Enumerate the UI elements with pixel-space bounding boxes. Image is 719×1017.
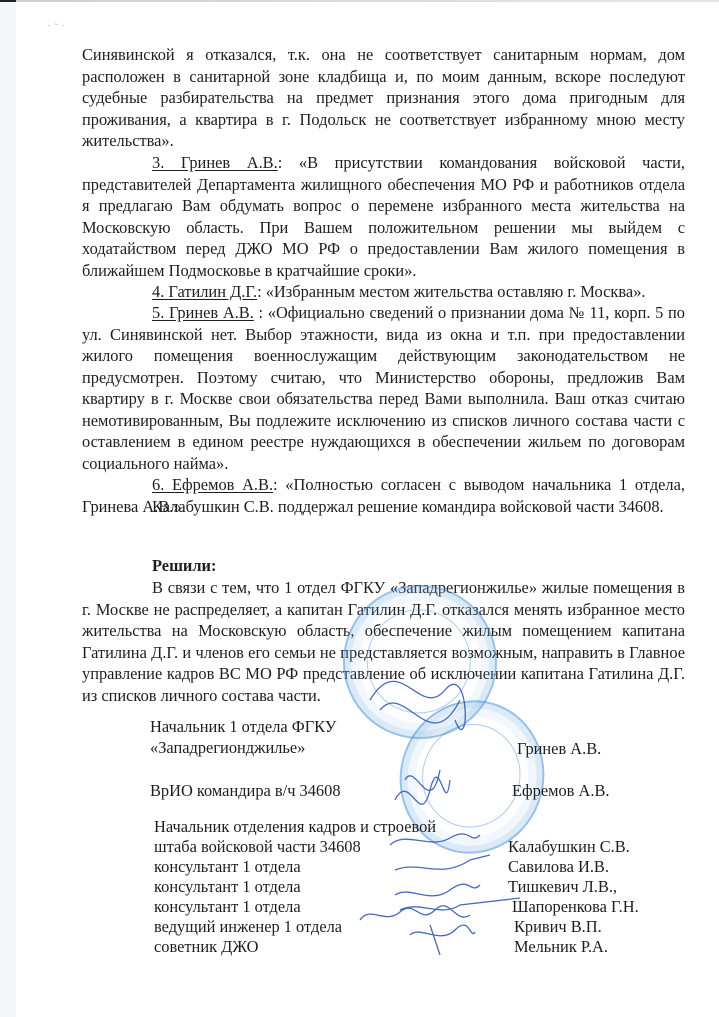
signatory-position-line2: «Западрегионджилье» [150, 737, 305, 759]
signatory-name: Шапоренкова Г.Н. [512, 896, 639, 918]
signatory-name: Тишкевич Л.В., [508, 876, 617, 898]
signatory-position-line2: штаба войсковой части 34608 [154, 836, 361, 858]
signatory-position: консультант 1 отдела [154, 876, 301, 898]
signature-row-shaporenkova: консультант 1 отдела Шапоренкова Г.Н. [154, 896, 674, 918]
signatory-position: консультант 1 отдела [154, 856, 301, 878]
signature-row-efremov: ВрИО командира в/ч 34608 Ефремов А.В. [150, 780, 670, 802]
signature-row-krivich: ведущий инженер 1 отдела Кривич В.П. [154, 916, 674, 938]
signatory-name: Калабушкин С.В. [508, 836, 630, 858]
signatory-name: Мельник Р.А. [514, 936, 608, 958]
signatory-position: ведущий инженер 1 отдела [154, 916, 342, 938]
signatory-position: Начальник отделения кадров и строевой [154, 816, 436, 838]
signatory-position: консультант 1 отдела [154, 896, 301, 918]
signatory-name: Гринев А.В. [517, 738, 601, 760]
signatory-name: Савилова И.В. [508, 856, 609, 878]
signature-row-savilova: консультант 1 отдела Савилова И.В. [154, 856, 674, 878]
signature-row-melnik: советник ДЖО Мельник Р.А. [154, 936, 674, 958]
signatory-position: советник ДЖО [154, 936, 258, 958]
signatory-position: ВрИО командира в/ч 34608 [150, 780, 341, 802]
signatory-position: Начальник 1 отдела ФГКУ [150, 716, 336, 738]
signature-row-grinev: Начальник 1 отдела ФГКУ «Западрегионджил… [150, 716, 670, 760]
signature-row-tishkevich: консультант 1 отдела Тишкевич Л.В., [154, 876, 674, 898]
signatory-name: Ефремов А.В. [512, 780, 609, 802]
signature-row-kalabushkin: Начальник отделения кадров и строевой шт… [154, 816, 674, 860]
signatory-name: Кривич В.П. [514, 916, 602, 938]
